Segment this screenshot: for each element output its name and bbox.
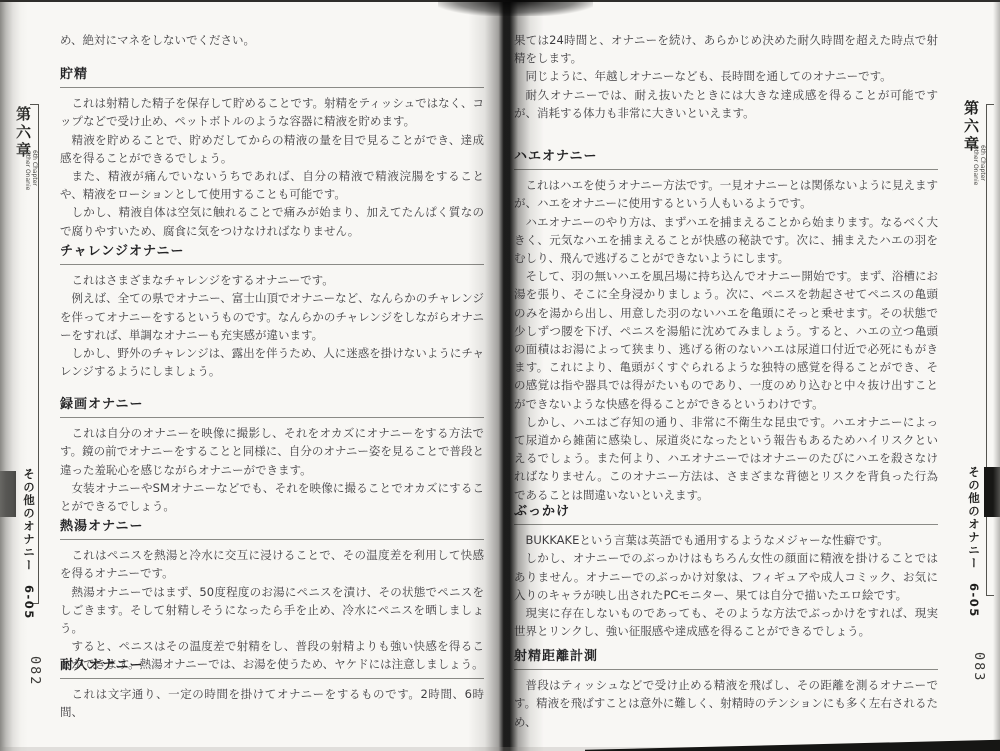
paragraph: これはハエを使うオナニー方法です。一見オナニーとは関係ないように見えますが、ハエ… xyxy=(514,176,938,212)
paragraph: 女装オナニーやSMオナニーなどでも、それを映像に撮ることでオカズにすることができ… xyxy=(60,479,484,515)
section-heading: 貯精 xyxy=(60,66,484,88)
paragraph: これは射精した精子を保存して貯めることです。射精をティッシュではなく、コップなど… xyxy=(60,94,484,130)
scan-bottom-edge xyxy=(585,736,1000,751)
paragraph: これは文字通り、一定の時間を掛けてオナニーをするものです。2時間、6時間、 xyxy=(60,685,484,721)
right-continuation-block: 果ては24時間と、オナニーを続け、あらかじめ決めた耐久時間を超えた時点で射精をし… xyxy=(514,31,938,122)
page-edge-shadow-right xyxy=(993,0,1000,751)
gutter-top-shadow xyxy=(438,0,593,16)
paragraph: そして、羽の無いハエを風呂場に持ち込んでオナニー開始です。まず、浴槽にお湯を張り… xyxy=(514,267,938,413)
paragraph: 果ては24時間と、オナニーを続け、あらかじめ決めた耐久時間を超えた時点で射精をし… xyxy=(514,31,938,67)
right-rule-bottom-tick xyxy=(986,595,994,596)
left-continuation-paragraph: め、絶対にマネをしないでください。 xyxy=(60,31,484,49)
scan-bottom-strip xyxy=(0,747,1000,751)
right-page-number: 083 xyxy=(971,652,987,682)
paragraph: ハエオナニーのやり方は、まずハエを捕まえることから始まります。なるべく大きく、元… xyxy=(514,213,938,268)
section-heading: ハエオナニー xyxy=(514,148,938,170)
right-section-label: その他のオナニー 6-05 xyxy=(966,466,982,618)
book-spread: 第六章 6th Chapter Other Onanie その他のオナニー 6-… xyxy=(0,0,1000,751)
section-heading: 耐久オナニー xyxy=(60,657,484,679)
section-heading: チャレンジオナニー xyxy=(60,243,484,265)
left-rule-top-tick xyxy=(30,104,38,105)
section-bukkake: ぶっかけ BUKKAKEという言葉は英語でも通用するようなメジャーな性癖です。 … xyxy=(514,503,938,640)
section-heading: 録画オナニー xyxy=(60,396,484,418)
paragraph: BUKKAKEという言葉は英語でも通用するようなメジャーな性癖です。 xyxy=(514,531,938,549)
left-chapter-subtitle-line2: Other Onanie xyxy=(24,150,31,190)
left-sidebar-rule xyxy=(38,104,39,604)
paragraph: 精液を貯めることで、貯めだしてからの精液の量を目で見ることができ、達成感を得るこ… xyxy=(60,131,484,167)
section-challenge: チャレンジオナニー これはさまざまなチャレンジをするオナニーです。 例えば、全て… xyxy=(60,243,484,380)
paragraph: しかし、野外のチャレンジは、露出を伴うため、人に迷惑を掛けないようにチャレンジす… xyxy=(60,344,484,380)
paragraph: 同じように、年越しオナニーなども、長時間を通してのオナニーです。 xyxy=(514,67,938,85)
right-rule-top-tick xyxy=(986,104,994,105)
paragraph: しかし、精液自体は空気に触れることで痛みが始まり、加えてたんぱく質なので腐りやす… xyxy=(60,203,484,239)
left-page-number: 082 xyxy=(27,656,43,686)
paragraph: 熱湯オナニーではまず、50度程度のお湯にペニスを漬け、その状態でペニスをしごきま… xyxy=(60,583,484,638)
section-heading: ぶっかけ xyxy=(514,503,938,525)
paragraph: これはさまざまなチャレンジをするオナニーです。 xyxy=(60,271,484,289)
right-section-tab-marker xyxy=(984,467,1000,517)
right-chapter-subtitle-line2: Other Onanie xyxy=(972,145,979,185)
paragraph: 現実に存在しないものであっても、そのような方法でぶっかけをすれば、現実世界とリン… xyxy=(514,604,938,640)
left-chapter-subtitle-line1: 6th Chapter xyxy=(31,150,38,190)
paragraph: 耐久オナニーでは、耐え抜いたときには大きな達成感を得ることが可能ですが、消耗する… xyxy=(514,86,938,122)
paragraph: これは自分のオナニーを映像に撮影し、それをオカズにオナニーをする方法です。鏡の前… xyxy=(60,424,484,479)
section-rokuga: 録画オナニー これは自分のオナニーを映像に撮影し、それをオカズにオナニーをする方… xyxy=(60,396,484,515)
section-shasei-kyori: 射精距離計測 普段はティッシュなどで受け止める精液を飛ばし、その距離を測るオナニ… xyxy=(514,648,938,731)
paragraph: 普段はティッシュなどで受け止める精液を飛ばし、その距離を測るオナニーです。精液を… xyxy=(514,676,938,731)
section-hae: ハエオナニー これはハエを使うオナニー方法です。一見オナニーとは関係ないように見… xyxy=(514,148,938,504)
paragraph: 例えば、全ての県でオナニー、富士山頂でオナニーなど、なんらかのチャレンジを伴って… xyxy=(60,289,484,344)
paragraph: これはペニスを熱湯と冷水に交互に浸けることで、その温度差を利用して快感を得るオナ… xyxy=(60,546,484,582)
section-netto: 熱湯オナニー これはペニスを熱湯と冷水に交互に浸けることで、その温度差を利用して… xyxy=(60,518,484,674)
right-chapter-subtitle: 6th Chapter Other Onanie xyxy=(972,145,986,185)
paragraph: しかし、オナニーでのぶっかけはもちろん女性の顔面に精液を掛けることではありません… xyxy=(514,549,938,604)
paragraph: しかし、ハエはご存知の通り、非常に不衛生な昆虫です。ハエオナニーによって尿道から… xyxy=(514,413,938,504)
left-section-tab-marker xyxy=(0,471,16,517)
left-section-label: その他のオナニー 6-05 xyxy=(21,468,37,620)
right-sidebar-rule xyxy=(986,104,987,596)
section-heading: 射精距離計測 xyxy=(514,648,938,670)
scan-top-edge xyxy=(0,0,1000,2)
left-chapter-subtitle: 6th Chapter Other Onanie xyxy=(24,150,38,190)
paragraph: め、絶対にマネをしないでください。 xyxy=(60,31,484,49)
section-heading: 熱湯オナニー xyxy=(60,518,484,540)
paragraph: また、精液が痛んでいないうちであれば、自分の精液で精液浣腸をすることや、精液をロ… xyxy=(60,167,484,203)
section-chosei: 貯精 これは射精した精子を保存して貯めることです。射精をティッシュではなく、コッ… xyxy=(60,66,484,240)
right-chapter-subtitle-line1: 6th Chapter xyxy=(979,145,986,185)
section-taikyu: 耐久オナニー これは文字通り、一定の時間を掛けてオナニーをするものです。2時間、… xyxy=(60,657,484,722)
